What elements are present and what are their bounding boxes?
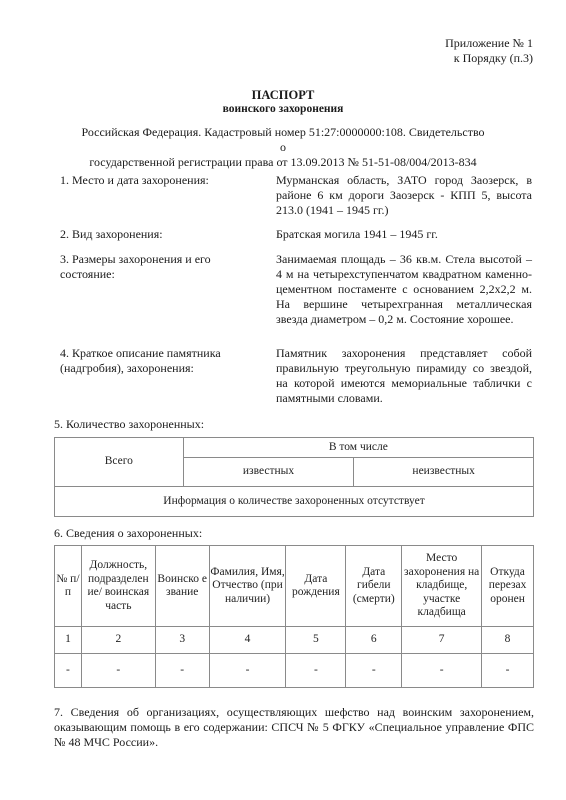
column-numbers-row: 1 2 3 4 5 6 7 8	[55, 627, 534, 654]
field-label-size: 3. Размеры захоронения и его состояние:	[60, 252, 260, 282]
table-header-row: № п/п Должность, подразделен ие/ воинска…	[55, 546, 534, 627]
column-number: 3	[155, 627, 209, 654]
burial-count-note: Информация о количестве захороненных отс…	[55, 487, 534, 517]
header-burial-place: Место захоронения на кладбище, участке к…	[402, 546, 482, 627]
table-row: - - - - - - - -	[55, 654, 534, 688]
field-value-place: Мурманская область, ЗАТО город Заозерск,…	[276, 173, 532, 218]
header-total: Всего	[55, 438, 184, 487]
header-rank: Воинско е звание	[155, 546, 209, 627]
buried-persons-table: № п/п Должность, подразделен ие/ воинска…	[54, 545, 534, 688]
table-cell: -	[482, 654, 534, 688]
annex-reference: Приложение № 1 к Порядку (п.3)	[445, 36, 533, 66]
burial-count-table: Всего В том числе известных неизвестных …	[54, 437, 534, 517]
table-cell: -	[55, 654, 82, 688]
header-including: В том числе	[183, 438, 533, 458]
field-label-type: 2. Вид захоронения:	[60, 227, 260, 242]
table-cell: -	[209, 654, 286, 688]
field-value-size: Занимаемая площадь – 36 кв.м. Стела высо…	[276, 252, 532, 327]
header-full-name: Фамилия, Имя, Отчество (при наличии)	[209, 546, 286, 627]
annex-line-1: Приложение № 1	[445, 36, 533, 51]
column-number: 2	[81, 627, 155, 654]
column-number: 5	[286, 627, 346, 654]
table-cell: -	[155, 654, 209, 688]
header-reburied-from: Откуда перезах оронен	[482, 546, 534, 627]
annex-line-2: к Порядку (п.3)	[445, 51, 533, 66]
column-number: 8	[482, 627, 534, 654]
document-subtitle: воинского захоронения	[0, 102, 566, 116]
field-value-description: Памятник захоронения представляет собой …	[276, 346, 532, 406]
field-label-place: 1. Место и дата захоронения:	[60, 173, 260, 188]
column-number: 1	[55, 627, 82, 654]
section-7-patronage: 7. Сведения об организациях, осуществляю…	[54, 705, 534, 750]
registration-info: Российская Федерация. Кадастровый номер …	[80, 125, 486, 170]
document-title: ПАСПОРТ	[0, 88, 566, 102]
header-unknown: неизвестных	[354, 458, 534, 487]
header-position: Должность, подразделен ие/ воинская част…	[81, 546, 155, 627]
header-birth-date: Дата рождения	[286, 546, 346, 627]
column-number: 4	[209, 627, 286, 654]
table-cell: -	[346, 654, 402, 688]
field-value-type: Братская могила 1941 – 1945 гг.	[276, 227, 532, 242]
section-6-title: 6. Сведения о захороненных:	[54, 526, 202, 541]
column-number: 7	[402, 627, 482, 654]
field-label-description: 4. Краткое описание памятника (надгробия…	[60, 346, 240, 376]
header-number: № п/п	[55, 546, 82, 627]
table-cell: -	[81, 654, 155, 688]
header-known: известных	[183, 458, 354, 487]
registration-line-2: государственной регистрации права от 13.…	[80, 155, 486, 170]
table-cell: -	[402, 654, 482, 688]
header-death-date: Дата гибели (смерти)	[346, 546, 402, 627]
column-number: 6	[346, 627, 402, 654]
table-cell: -	[286, 654, 346, 688]
section-5-title: 5. Количество захороненных:	[54, 417, 204, 432]
registration-line-1: Российская Федерация. Кадастровый номер …	[80, 125, 486, 155]
